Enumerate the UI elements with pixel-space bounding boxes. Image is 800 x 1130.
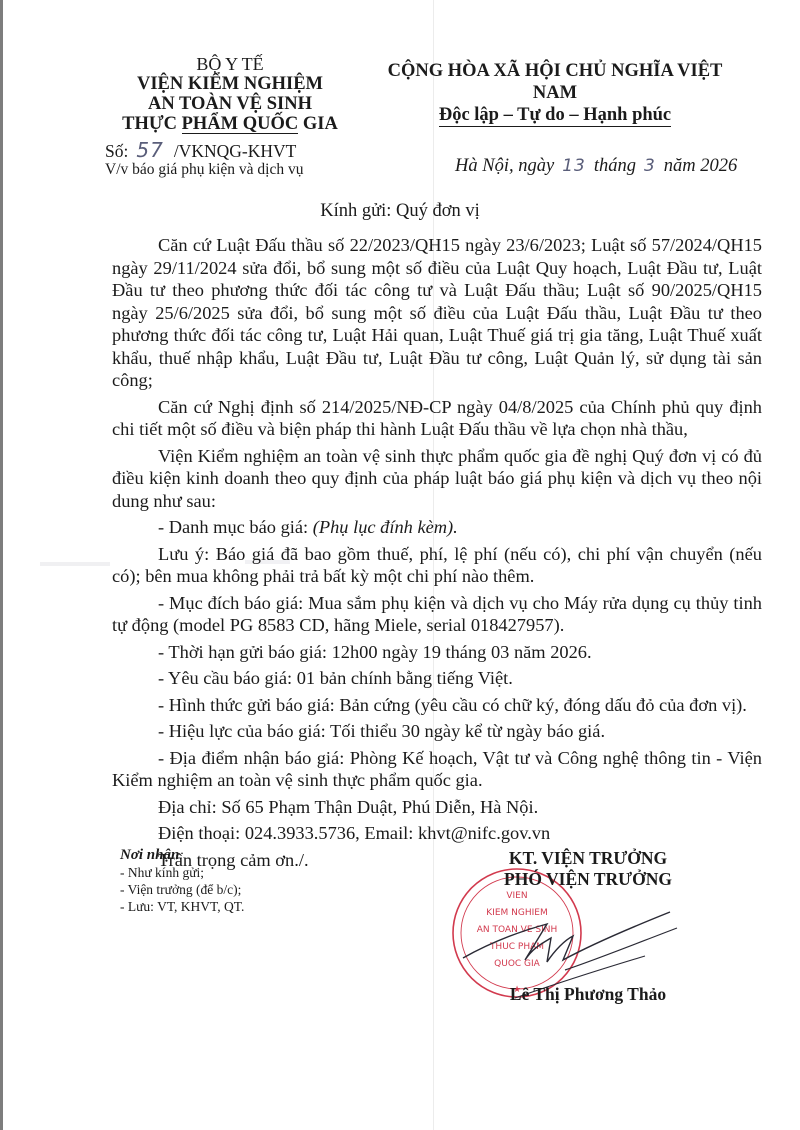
handwritten-day: 13 [562, 156, 586, 176]
signer-role-2: PHÓ VIỆN TRƯỞNG [468, 869, 708, 890]
signature-block: KT. VIỆN TRƯỞNG PHÓ VIỆN TRƯỞNG Lê Thị P… [468, 848, 708, 890]
number-suffix: /VKNQG-KHVT [174, 141, 296, 161]
recipient-item: - Như kính gửi; [120, 864, 244, 881]
scan-edge [0, 0, 3, 1130]
requirement-item: - Yêu cầu báo giá: 01 bản chính bằng tiế… [112, 667, 762, 690]
signer-name: Lê Thị Phương Thảo [468, 984, 708, 1005]
catalog-item: - Danh mục báo giá: (Phụ lục đính kèm). [112, 516, 762, 539]
issuer-header: BỘ Y TẾ VIỆN KIỂM NGHIỆM AN TOÀN VỆ SINH… [85, 54, 375, 179]
legal-basis-1: Căn cứ Luật Đấu thầu số 22/2023/QH15 ngà… [112, 234, 762, 392]
handwritten-month: 3 [644, 156, 656, 176]
format-item: - Hình thức gửi báo giá: Bản cứng (yêu c… [112, 694, 762, 717]
validity-item: - Hiệu lực của báo giá: Tối thiểu 30 ngà… [112, 720, 762, 743]
ministry-name: BỘ Y TẾ [85, 54, 375, 74]
document-number: Số:57/VKNQG-KHVT [85, 140, 375, 161]
letter-body: Căn cứ Luật Đấu thầu số 22/2023/QH15 ngà… [112, 234, 762, 875]
recipient-item: - Lưu: VT, KHVT, QT. [120, 898, 244, 915]
org-underline: PHẨM QUỐC [182, 115, 299, 134]
purpose-item: - Mục đích báo giá: Mua sắm phụ kiện và … [112, 592, 762, 637]
contact-email: khvt@nifc.gov.vn [418, 823, 550, 843]
national-motto: Độc lập – Tự do – Hạnh phúc [439, 104, 671, 127]
address-line: Địa chỉ: Số 65 Phạm Thận Duật, Phú Diễn,… [112, 796, 762, 819]
salutation: Kính gửi: Quý đơn vị [0, 201, 800, 222]
recipients-list: Nơi nhận: - Như kính gửi; - Viện trưởng … [120, 846, 244, 915]
signer-role-1: KT. VIỆN TRƯỞNG [468, 848, 708, 869]
date-line: Hà Nội, ngày13tháng3năm 2026 [455, 156, 737, 177]
request-paragraph: Viện Kiểm nghiệm an toàn vệ sinh thực ph… [112, 445, 762, 513]
contact-prefix: Điện thoại: 024.3933.5736, Email: [158, 823, 418, 843]
org-name-line3: THỰC PHẨM QUỐC GIA [85, 114, 375, 134]
document-subject: V/v báo giá phụ kiện và dịch vụ [85, 161, 375, 179]
month-label: tháng [594, 156, 636, 176]
contact-line: Điện thoại: 024.3933.5736, Email: khvt@n… [112, 822, 762, 845]
catalog-label: - Danh mục báo giá: [158, 517, 313, 537]
scan-smudge [40, 562, 110, 566]
number-label: Số: [105, 141, 128, 161]
catalog-value: (Phụ lục đính kèm). [313, 517, 458, 537]
location-item: - Địa điểm nhận báo giá: Phòng Kế hoạch,… [112, 747, 762, 792]
year-text: năm 2026 [664, 156, 738, 176]
deadline-item: - Thời hạn gửi báo giá: 12h00 ngày 19 th… [112, 641, 762, 664]
national-header: CỘNG HÒA XÃ HỘI CHỦ NGHĨA VIỆT NAM Độc l… [365, 60, 745, 127]
recipient-item: - Viện trưởng (để b/c); [120, 881, 244, 898]
org-name-line1: VIỆN KIỂM NGHIỆM [85, 74, 375, 94]
legal-basis-2: Căn cứ Nghị định số 214/2025/NĐ-CP ngày … [112, 396, 762, 441]
org-line3-suffix: GIA [298, 114, 338, 134]
org-name-line2: AN TOÀN VỆ SINH [85, 94, 375, 114]
nation-title: CỘNG HÒA XÃ HỘI CHỦ NGHĨA VIỆT NAM [365, 60, 745, 104]
date-prefix: Hà Nội, ngày [455, 156, 554, 176]
handwritten-number: 57 [136, 138, 163, 162]
recipients-title: Nơi nhận [120, 847, 179, 863]
note: Lưu ý: Báo giá đã bao gồm thuế, phí, lệ … [112, 543, 762, 588]
org-line3-prefix: THỰC [122, 114, 181, 134]
